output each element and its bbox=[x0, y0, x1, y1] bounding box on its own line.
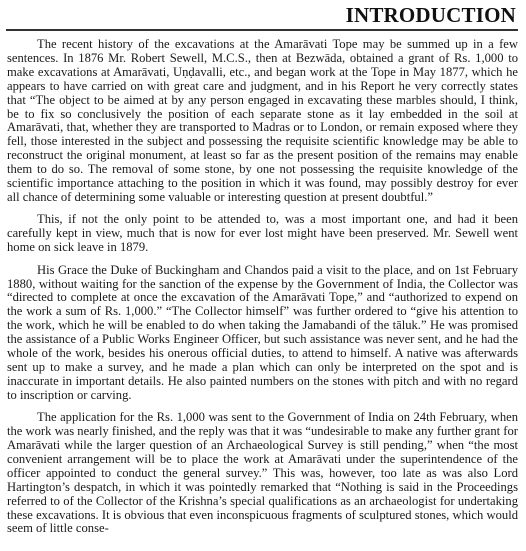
heading-rule bbox=[6, 29, 518, 31]
chapter-heading: INTRODUCTION bbox=[346, 3, 516, 27]
paragraph-1: The recent history of the excavations at… bbox=[7, 38, 518, 205]
paragraph-3: His Grace the Duke of Buckingham and Cha… bbox=[7, 264, 518, 403]
paragraph-2: This, if not the only point to be attend… bbox=[7, 213, 518, 255]
body-text: The recent history of the excavations at… bbox=[7, 38, 518, 545]
document-page: INTRODUCTION The recent history of the e… bbox=[0, 0, 526, 551]
paragraph-4: The application for the Rs. 1,000 was se… bbox=[7, 411, 518, 536]
